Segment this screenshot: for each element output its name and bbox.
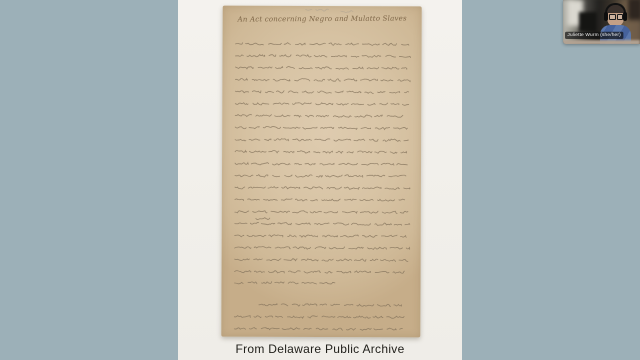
slide-caption: From Delaware Public Archive (178, 337, 462, 360)
glasses-icon (609, 14, 623, 19)
participant-name-label: Juliette Wurm (she/her) (565, 32, 623, 39)
participant-video-thumbnail[interactable]: Juliette Wurm (she/her) (563, 0, 640, 44)
manuscript-page: An Act concerning Negro and Mulatto Slav… (221, 6, 421, 338)
headphone-cup-icon (604, 12, 608, 21)
headphone-cup-icon (623, 12, 627, 21)
desk-edge (563, 40, 640, 44)
document-scan-background: An Act concerning Negro and Mulatto Slav… (178, 0, 462, 360)
handwritten-body-text (221, 6, 421, 338)
video-call-screen: An Act concerning Negro and Mulatto Slav… (0, 0, 640, 360)
monitor-silhouette (579, 12, 597, 32)
